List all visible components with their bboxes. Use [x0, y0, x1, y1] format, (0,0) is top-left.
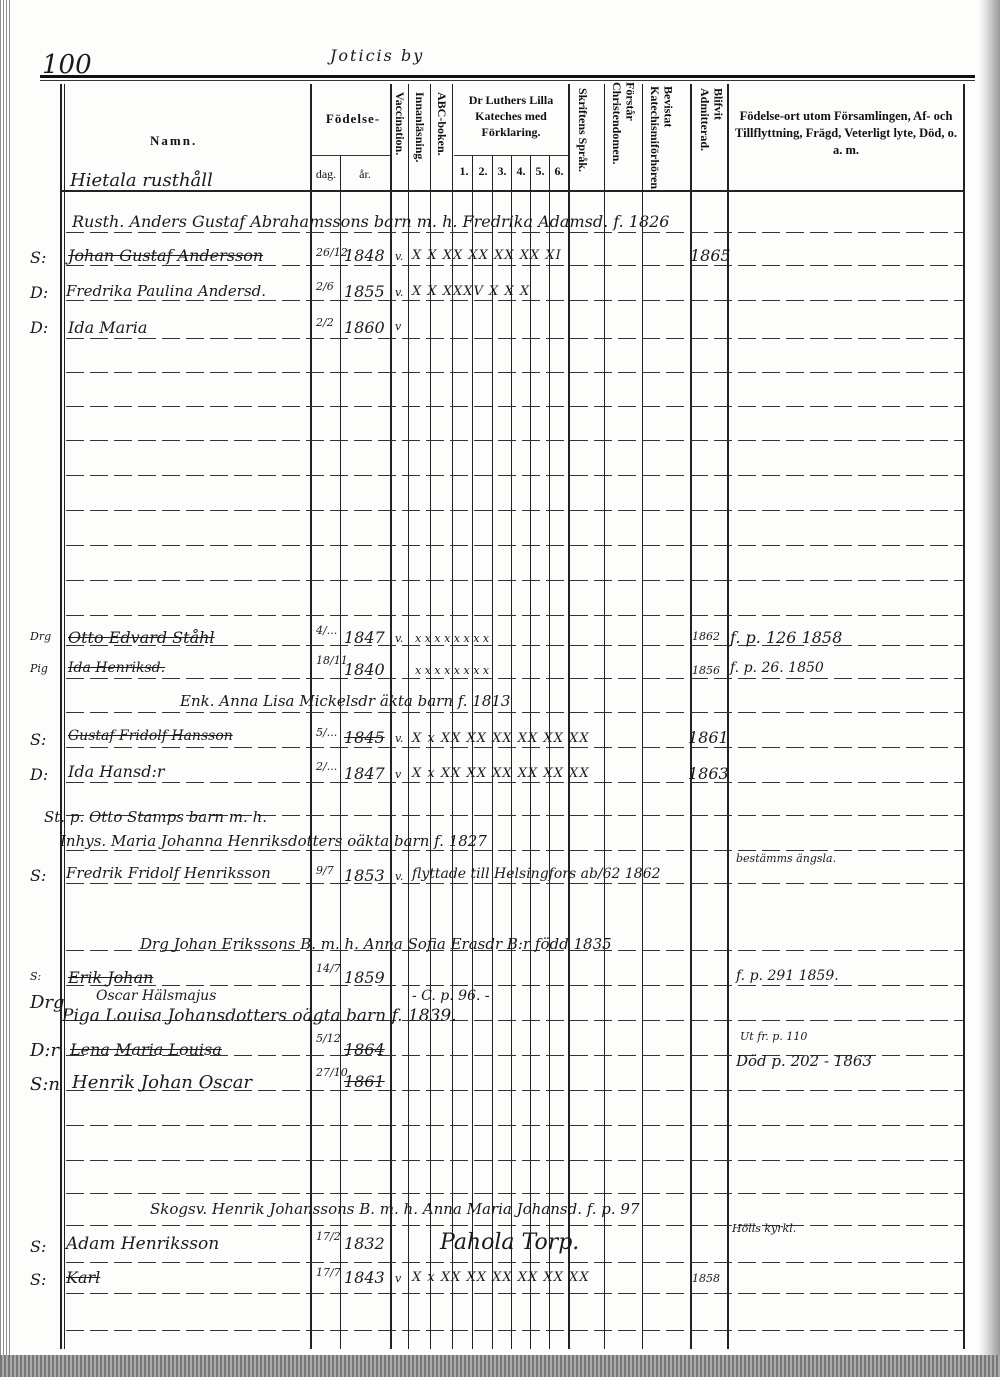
entry-day: 2/2	[316, 316, 334, 329]
entry-prefix: S:	[30, 1237, 46, 1256]
entry-vaccination: v	[395, 768, 401, 781]
entry-prefix: S:	[30, 866, 46, 885]
header-rule	[454, 155, 568, 156]
entry-prefix: Drg	[30, 992, 65, 1013]
entry-name: Ida Henriksd.	[68, 660, 165, 676]
header-luther-part-6: 6.	[550, 163, 568, 179]
entry-day: 26/12	[316, 246, 348, 259]
entry-prefix: Drg	[30, 630, 51, 643]
entry-day: 17/2	[316, 1230, 341, 1243]
entry-name: Oscar Hälsmajus	[96, 988, 216, 1004]
entry-name: Johan Gustaf Andersson	[68, 246, 263, 265]
header-luther-part-1: 1.	[456, 163, 472, 179]
column-line	[472, 155, 473, 1349]
entry-name: Adam Henriksson	[66, 1234, 219, 1254]
entry-day: 5/...	[316, 726, 337, 739]
column-line	[549, 155, 550, 1349]
column-line	[492, 155, 493, 1349]
entry-family: Rusth. Anders Gustaf Abrahamssons barn m…	[72, 212, 669, 231]
header-namn: Namn.	[150, 132, 197, 150]
entry-admitted: 1863	[688, 764, 729, 783]
column-line	[340, 155, 341, 1349]
entry-admitted: 1856	[692, 664, 720, 677]
entry-admitted: 1861	[688, 728, 729, 747]
entry-marks: x x x x x x x x	[415, 664, 489, 677]
entry-prefix: D:	[30, 283, 48, 302]
scan-background	[0, 1355, 1000, 1377]
entry-name: Fredrik Fridolf Henriksson	[66, 864, 271, 882]
header-vaccination: Vaccination.	[393, 92, 406, 155]
entry-prefix: S:n	[30, 1074, 60, 1095]
entry-family: Enk. Anna Lisa Mickelsdr äkta barn f. 18…	[180, 692, 510, 710]
column-line	[64, 84, 65, 1349]
entry-day: 2/6	[316, 280, 334, 293]
entry-name: Ida Hansd:r	[68, 762, 164, 781]
entry-day: 14/7	[316, 962, 341, 975]
entry-prefix: S:	[30, 730, 46, 749]
entry-marks: X X XXXV X X X	[412, 284, 530, 299]
entry-year: 1847	[344, 764, 385, 783]
entry-marks: Pahola Torp.	[440, 1230, 579, 1255]
entry-marks: X x XX XX XX XX XX XX	[412, 731, 590, 746]
entry-name: Fredrika Paulina Andersd.	[66, 282, 266, 300]
entry-marks: x x x x x x x x	[415, 632, 489, 645]
header-luther-part-2: 2.	[474, 163, 492, 179]
header-luther-part-5: 5.	[531, 163, 549, 179]
entry-marks: - C. p. 96. -	[412, 988, 490, 1004]
header-luther-part-3: 3.	[493, 163, 511, 179]
header-luther-part-4: 4.	[512, 163, 530, 179]
entry-day: 9/7	[316, 864, 334, 877]
header-notes: Födelse-ort utom Församlingen, Af- och T…	[732, 108, 960, 159]
entry-vaccination: v	[395, 1272, 401, 1285]
entry-family: Drg Johan Erikssons B. m. h. Anna Sofia …	[140, 935, 612, 953]
entry-marks: X x XX XX XX XX XX XX	[412, 766, 590, 781]
column-line	[963, 84, 965, 1349]
entry-year: 1855	[344, 282, 385, 301]
header-admitterad: Blifvit Admitterad.	[698, 88, 724, 168]
entry-year: 1840	[344, 660, 385, 679]
column-line	[530, 155, 531, 1349]
entry-marks: X x XX XX XX XX XX XX	[412, 1270, 590, 1285]
entry-heading: Hietala rusthåll	[70, 170, 213, 191]
entry-day: 17/7	[316, 1266, 341, 1279]
entry-prefix: S:	[30, 970, 41, 983]
village-title: Joticis by	[330, 46, 424, 65]
entry-note: Hölls kyrkl.	[732, 1222, 796, 1235]
entry-year: 1853	[344, 866, 385, 885]
page-binding-edge	[0, 0, 12, 1377]
entry-marks: X X XX XX XX XX XI	[412, 248, 562, 263]
entry-admitted: 1858	[692, 1272, 720, 1285]
header-ar: år.	[342, 166, 388, 182]
entry-day: 27/10	[316, 1066, 348, 1079]
header-forstar: Förstår Christendomen.	[610, 82, 636, 182]
entry-name: Karl	[66, 1268, 100, 1287]
column-line	[511, 155, 512, 1349]
entry-family: Piga Louisa Johansdotters oägta barn f. …	[62, 1006, 457, 1026]
entry-year: 1848	[344, 246, 385, 265]
entry-name: Henrik Johan Oscar	[72, 1072, 252, 1093]
header-innanlasning: Innanläsning.	[413, 92, 426, 162]
column-line	[60, 84, 62, 1349]
header-bevistat: Bevistat Katechismiförhören.	[648, 86, 674, 186]
entry-family: St. p. Otto Stamps barn m. h.	[44, 808, 267, 826]
entry-prefix: S:	[30, 248, 46, 267]
header-fodelse: Födelse-	[318, 110, 388, 128]
entry-day: 4/...	[316, 624, 337, 637]
entry-day: 18/11	[316, 654, 348, 667]
entry-year: 1859	[344, 968, 385, 987]
entry-vaccination: v.	[395, 250, 403, 263]
page-right-edge	[978, 0, 1000, 1377]
register-page: 100 Joticis by Namn. Födelse- dag. år. V…	[0, 0, 1000, 1377]
entry-note: f. p. 126 1858	[730, 628, 842, 647]
entry-year: 1861	[344, 1072, 385, 1091]
header-rule	[312, 155, 390, 156]
entry-prefix: D:	[30, 318, 48, 337]
entry-name: Ida Maria	[68, 318, 147, 337]
entry-prefix: Pig	[30, 662, 48, 675]
entry-day: 5/12	[316, 1032, 341, 1045]
header-luther: Dr Luthers Lilla Kateches med Förklaring…	[454, 92, 568, 141]
entry-vaccination: v.	[395, 286, 403, 299]
entry-admitted: 1862	[692, 630, 720, 643]
entry-year: 1845	[344, 728, 385, 747]
entry-family: Inhys. Maria Johanna Henriksdotters oäkt…	[60, 832, 487, 850]
header-dag: dag.	[312, 166, 340, 182]
entry-day: 2/...	[316, 760, 337, 773]
entry-vaccination: v	[395, 320, 401, 333]
entry-vaccination: v.	[395, 632, 403, 645]
entry-note: bestämms ängsla.	[736, 852, 836, 865]
entry-year: 1860	[344, 318, 385, 337]
entry-year: 1864	[344, 1040, 385, 1059]
title-rule	[40, 75, 975, 78]
title-rule-secondary	[40, 80, 975, 81]
entry-vaccination: v.	[395, 870, 403, 883]
entry-year: 1832	[344, 1234, 385, 1253]
entry-name: Erik Johan	[68, 968, 153, 987]
entry-prefix: D:	[30, 765, 48, 784]
entry-prefix: D:r	[30, 1040, 59, 1061]
entry-name: Otto Edvard Ståhl	[68, 628, 215, 647]
entry-note: Död p. 202 - 1863	[736, 1052, 872, 1070]
entry-vaccination: v.	[395, 732, 403, 745]
entry-family: Skogsv. Henrik Johanssons B. m. h. Anna …	[150, 1200, 640, 1218]
header-abc-boken: ABC-boken.	[435, 92, 448, 156]
entry-admitted: 1865	[690, 246, 731, 265]
header-skriftens-sprak: Skriftens Språk.	[576, 88, 589, 172]
entry-note: Ut fr. p. 110	[740, 1030, 807, 1043]
entry-prefix: S:	[30, 1270, 46, 1289]
entry-name: Lena Maria Louisa	[70, 1040, 222, 1059]
entry-note: f. p. 26. 1850	[730, 660, 824, 676]
entry-year: 1843	[344, 1268, 385, 1287]
entry-year: 1847	[344, 628, 385, 647]
entry-note: f. p. 291 1859.	[736, 968, 839, 984]
entry-name: Gustaf Fridolf Hansson	[68, 728, 233, 744]
entry-marks: flyttade till Helsingfors ab/62 1862	[412, 866, 661, 882]
